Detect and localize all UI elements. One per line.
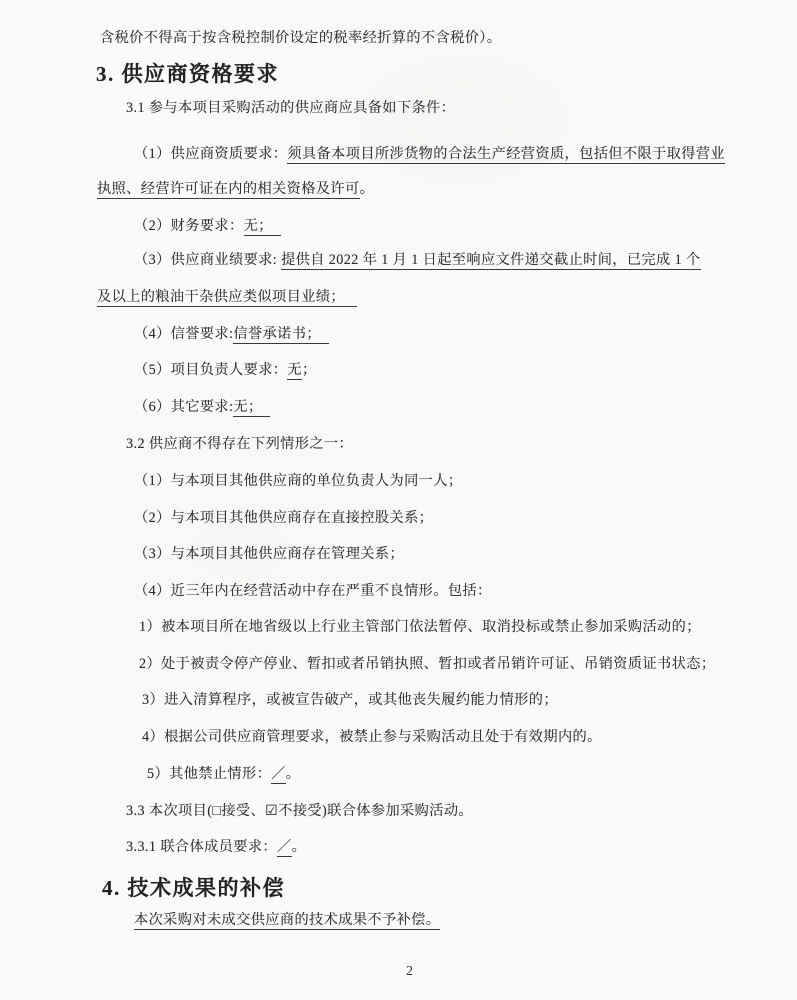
clause-3-2-item-4: （4）近三年内在经营活动中存在严重不良情形。包括： bbox=[134, 583, 492, 600]
clause-3-2-subitem-3: 3）进入清算程序，或被宣告破产，或其他丧失履约能力情形的； bbox=[142, 692, 558, 709]
clause-3-2-subitem-5: 5）其他禁止情形：／。 bbox=[147, 766, 300, 783]
clause-3-2-item-3: （3）与本项目其他供应商存在管理关系； bbox=[134, 546, 404, 563]
requirement-6-label: （6）其它要求: bbox=[134, 399, 233, 415]
requirement-1-line-1: （1）供应商资质要求：须具备本项目所涉货物的合法生产经营资质，包括但不限于取得营… bbox=[134, 146, 725, 163]
requirement-2-label: （2）财务要求： bbox=[134, 218, 244, 234]
clause-3-2-subitem-2: 2）处于被责令停产停业、暂扣或者吊销执照、暂扣或者吊销许可证、吊销资质证书状态； bbox=[139, 656, 715, 673]
section-3-heading: 3. 供应商资格要求 bbox=[96, 58, 279, 88]
page-number: 2 bbox=[406, 964, 413, 980]
requirement-1-value-cont: 执照、经营许可证在内的相关资格及许可 bbox=[97, 181, 360, 199]
clause-3-3-1-label: 3.3.1 联合体成员要求： bbox=[126, 839, 277, 855]
clause-3-3-1-value: ／ bbox=[277, 839, 292, 857]
requirement-5: （5）项目负责人要求：无； bbox=[134, 362, 317, 379]
subitem-5-label: 5）其他禁止情形： bbox=[147, 766, 271, 782]
requirement-3-line-1: （3）供应商业绩要求: 提供自 2022 年 1 月 1 日起至响应文件递交截止… bbox=[134, 252, 701, 269]
clause-3-2-subitem-4: 4）根据公司供应商管理要求，被禁止参与采购活动且处于有效期内的。 bbox=[142, 729, 602, 746]
requirement-3-line-2: 及以上的粮油干杂供应类似项目业绩； bbox=[97, 289, 357, 306]
requirement-5-suffix: ； bbox=[302, 362, 317, 378]
requirement-1-value: 须具备本项目所涉货物的合法生产经营资质，包括但不限于取得营业 bbox=[287, 146, 725, 164]
subitem-5-suffix: 。 bbox=[286, 766, 301, 782]
section-4-body: 本次采购对未成交供应商的技术成果不予补偿。 bbox=[134, 912, 440, 929]
requirement-3-value: 提供自 2022 年 1 月 1 日起至响应文件递交截止时间，已完成 1 个 bbox=[281, 252, 701, 270]
clause-3-1-title: 3.1 参与本项目采购活动的供应商应具备如下条件： bbox=[126, 100, 455, 117]
requirement-4-value: 信誉承诺书； bbox=[233, 326, 328, 344]
requirement-4-label: （4）信誉要求: bbox=[134, 326, 233, 342]
document-page: 含税价不得高于按含税控制价设定的税率经折算的不含税价）。 3. 供应商资格要求 … bbox=[0, 0, 797, 1000]
requirement-3-label: （3）供应商业绩要求: bbox=[134, 252, 281, 268]
clause-3-3-1-suffix: 。 bbox=[292, 839, 307, 855]
requirement-2-value: 无； bbox=[244, 218, 281, 236]
reject-label: 不接受)联合体参加采购活动。 bbox=[278, 803, 473, 819]
checkbox-unchecked-icon: □ bbox=[212, 803, 221, 819]
requirement-6-value: 无； bbox=[233, 399, 270, 417]
clause-3-2-subitem-1: 1）被本项目所在地省级以上行业主管部门依法暂停、取消投标或禁止参加采购活动的； bbox=[139, 619, 701, 636]
clause-3-2-item-1: （1）与本项目其他供应商的单位负责人为同一人； bbox=[134, 473, 462, 490]
accept-label: 接受、 bbox=[221, 803, 265, 819]
requirement-3-value-cont: 及以上的粮油干杂供应类似项目业绩； bbox=[97, 289, 357, 307]
clause-3-2-item-2: （2）与本项目其他供应商存在直接控股关系； bbox=[134, 510, 433, 527]
section-4-body-text: 本次采购对未成交供应商的技术成果不予补偿。 bbox=[134, 912, 440, 930]
intro-line: 含税价不得高于按含税控制价设定的税率经折算的不含税价）。 bbox=[100, 30, 501, 47]
clause-3-3: 3.3 本次项目(□接受、☑不接受)联合体参加采购活动。 bbox=[126, 803, 473, 820]
requirement-1-period: 。 bbox=[360, 181, 375, 197]
clause-3-2-title: 3.2 供应商不得存在下列情形之一： bbox=[126, 436, 353, 453]
requirement-5-label: （5）项目负责人要求： bbox=[134, 362, 287, 378]
checkbox-checked-icon: ☑ bbox=[265, 803, 278, 819]
section-4-heading: 4. 技术成果的补偿 bbox=[102, 872, 285, 902]
subitem-5-value: ／ bbox=[271, 766, 286, 784]
requirement-1-line-2: 执照、经营许可证在内的相关资格及许可。 bbox=[97, 181, 374, 198]
clause-3-3-prefix: 3.3 本次项目( bbox=[126, 803, 212, 819]
requirement-5-value: 无 bbox=[287, 362, 302, 380]
requirement-1-label: （1）供应商资质要求： bbox=[134, 146, 287, 162]
requirement-4: （4）信誉要求:信誉承诺书； bbox=[134, 326, 329, 343]
clause-3-3-1: 3.3.1 联合体成员要求：／。 bbox=[126, 839, 306, 856]
requirement-2: （2）财务要求：无； bbox=[134, 218, 281, 235]
requirement-6: （6）其它要求:无； bbox=[134, 399, 270, 416]
